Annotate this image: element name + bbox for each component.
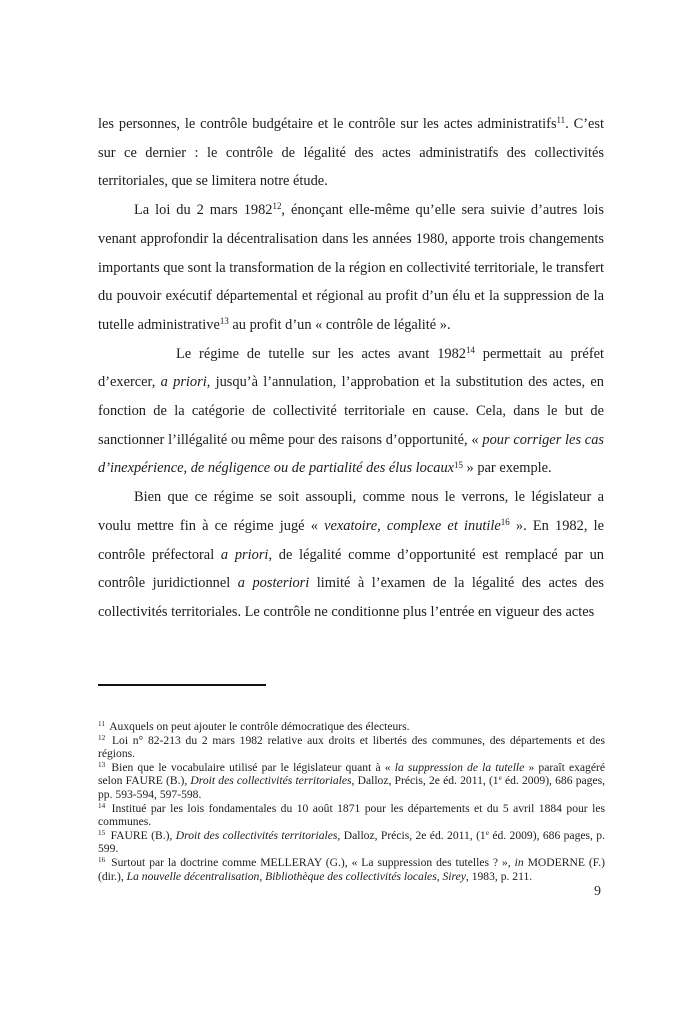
footnote-number: 15 bbox=[98, 829, 105, 837]
footnote-number: 16 bbox=[98, 856, 105, 864]
footnote-13: 13 Bien que le vocabulaire utilisé par l… bbox=[98, 761, 605, 802]
footnote-15: 15 FAURE (B.), Droit des collectivités t… bbox=[98, 829, 605, 856]
body-paragraph: La loi du 2 mars 198212, énonçant elle-m… bbox=[98, 196, 604, 340]
document-page: les personnes, le contrôle budgétaire et… bbox=[0, 0, 700, 1028]
footnote-separator-rule bbox=[98, 684, 266, 686]
body-paragraph: Le régime de tutelle sur les actes avant… bbox=[98, 340, 604, 484]
footnote-14: 14 Institué par les lois fondamentales d… bbox=[98, 802, 605, 829]
body-text: les personnes, le contrôle budgétaire et… bbox=[98, 110, 604, 627]
footnote-12: 12 Loi n° 82-213 du 2 mars 1982 relative… bbox=[98, 734, 605, 761]
footnote-number: 11 bbox=[98, 720, 105, 728]
footnote-11: 11 Auxquels on peut ajouter le contrôle … bbox=[98, 720, 605, 734]
body-paragraph: Bien que ce régime se soit assoupli, com… bbox=[98, 483, 604, 627]
page-number: 9 bbox=[594, 884, 601, 900]
footnote-16: 16 Surtout par la doctrine comme MELLERA… bbox=[98, 856, 605, 883]
body-paragraph: les personnes, le contrôle budgétaire et… bbox=[98, 110, 604, 196]
footnote-number: 13 bbox=[98, 761, 105, 769]
footnote-number: 14 bbox=[98, 802, 105, 810]
footnotes-section: 11 Auxquels on peut ajouter le contrôle … bbox=[98, 720, 605, 883]
footnote-number: 12 bbox=[98, 734, 105, 742]
